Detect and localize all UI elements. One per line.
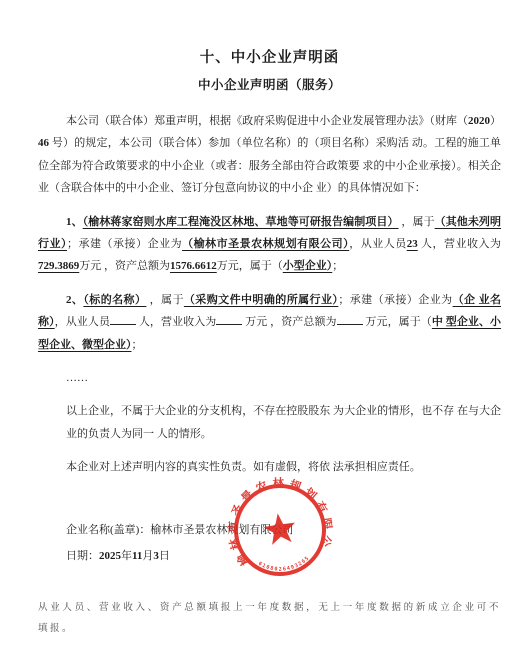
ellipsis-line: …… [38,367,501,389]
intro-paragraph: 本公司（联合体）郑重声明，根据《政府采购促进中小企业发展管理办法》（财库（202… [38,110,501,200]
signature-block: 企业名称(盖章)：榆林市圣景农林规划有限公司 日期：2025年11月3日 [38,519,501,568]
page-title: 十、中小企业声明函 [38,48,501,68]
page-subtitle: 中小企业声明函（服务） [38,76,501,94]
footnote: 从业人员、营业收入、资产总额填报上一年度数据，无上一年度数据的新成立企业可不填报… [38,598,501,640]
date-line: 日期：2025年11月3日 [66,545,501,567]
declaration-document-page: 十、中小企业声明函 中小企业声明函（服务） 本公司（联合体）郑重声明，根据《政府… [0,0,531,665]
company-name-line: 企业名称(盖章)：榆林市圣景农林规划有限公司 [66,519,501,541]
declaration-paragraph-1: 以上企业，不属于大企业的分支机构，不存在控股股东 为大企业的情形，也不存 在与大… [38,400,501,445]
item-1-paragraph: 1、（榆林蒋家窑则水库工程淹没区林地、草地等可研报告编制项目） ，属于（其他未列… [38,211,501,278]
declaration-paragraph-2: 本企业对上述声明内容的真实性负责。如有虚假，将依 法承担相应责任。 [38,456,501,478]
item-2-paragraph: 2、（标的名称） ，属于（采购文件中明确的所属行业）；承建（承接）企业为（企 业… [38,289,501,356]
